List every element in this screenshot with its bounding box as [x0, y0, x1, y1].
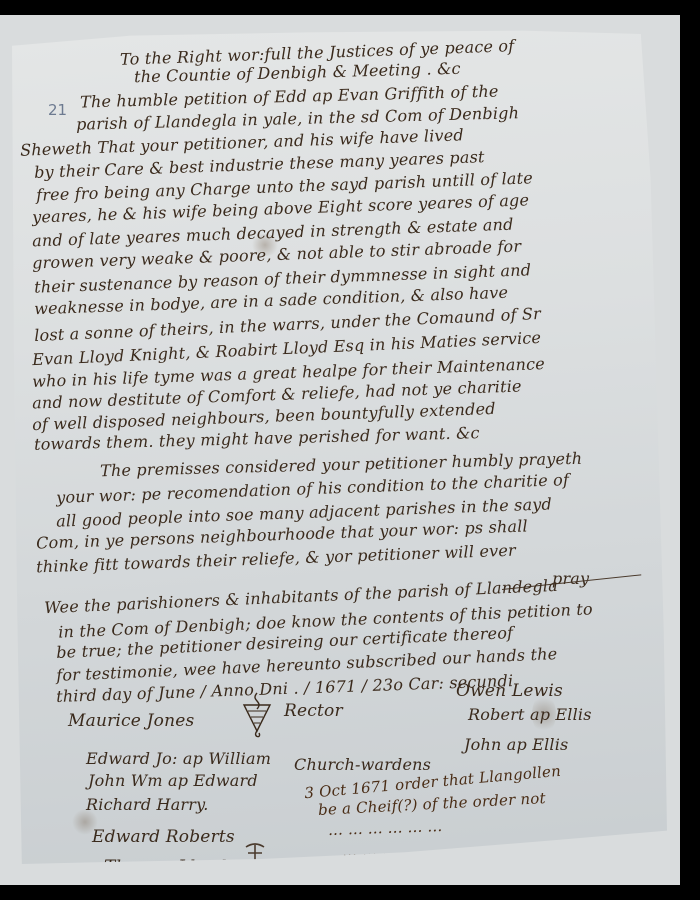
signature-rector-name: Maurice Jones: [68, 711, 194, 731]
signature-name: Owen Lewis: [456, 681, 563, 701]
churchwardens-role: Church-wardens: [294, 755, 431, 774]
signature-name: Richard Harry.: [86, 795, 209, 814]
signature-name: Edward Roberts: [92, 827, 235, 847]
signature-churchwarden: Edward Jo: ap William: [86, 749, 271, 768]
endorsement-line: ... ... ... ... ...: [342, 839, 437, 860]
document-photo-frame: 21 To the Right wor:full the Justices of…: [0, 15, 680, 885]
signature-name: Robert ap Ellis: [468, 705, 592, 724]
signature-churchwarden: John Wm ap Edward: [88, 771, 258, 790]
manuscript-sheet: 21 To the Right wor:full the Justices of…: [12, 29, 667, 864]
signature-mark-icon: [242, 841, 268, 869]
endorsement-line: ... ... ... ... ... ...: [328, 817, 443, 839]
folio-number: 21: [48, 101, 67, 119]
endorsement-line: Llandegla parish: [380, 860, 511, 880]
signature-name: Thomas Lloyd: [104, 857, 227, 877]
signature-flourish-icon: [240, 691, 274, 739]
signature-rector-role: Rector: [284, 701, 343, 721]
signature-name: John ap Ellis: [464, 735, 568, 754]
